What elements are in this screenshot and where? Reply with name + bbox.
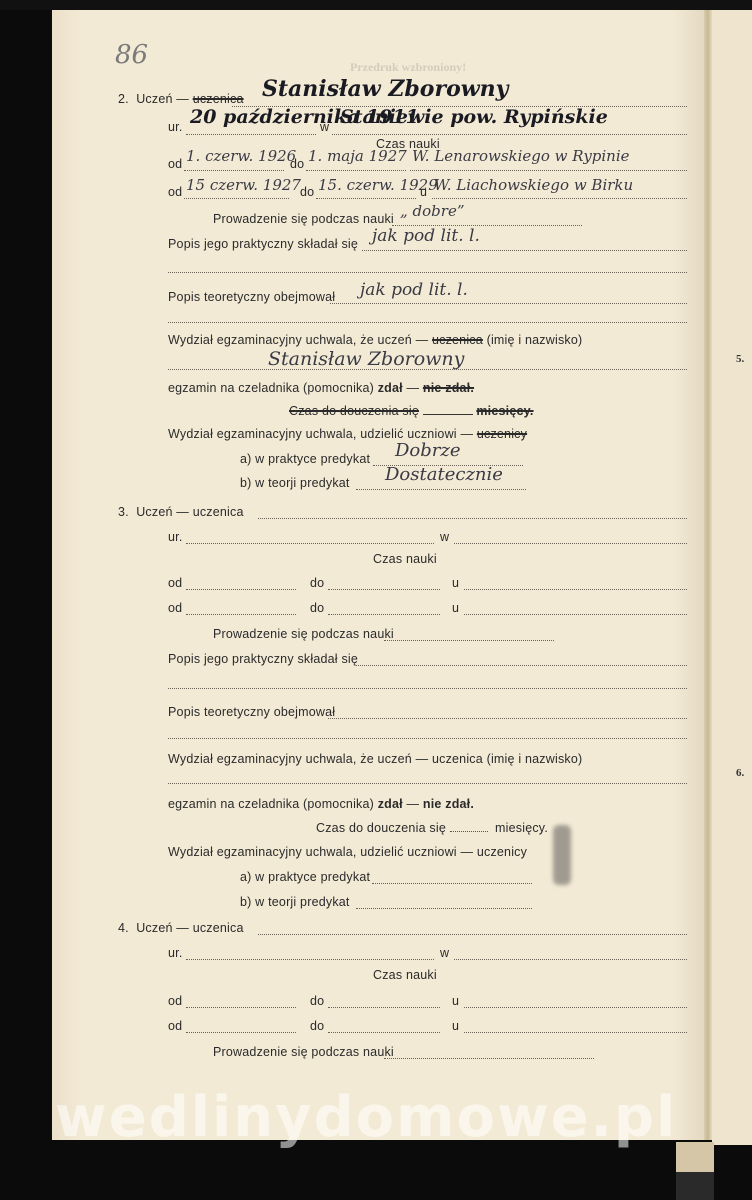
birth-place-label: w xyxy=(440,946,449,960)
from-label: od xyxy=(168,1019,182,1033)
entry-4-label: 4. Uczeń — uczenica xyxy=(118,921,244,935)
adjacent-page xyxy=(712,10,752,1145)
period-1-from: 1. czerw. 1926 xyxy=(186,147,296,165)
birth-label: ur. xyxy=(168,946,183,960)
from-label: od xyxy=(168,994,182,1008)
pencil-page-number: 86 xyxy=(115,40,148,70)
conduct-label: Prowadzenie się podczas nauki xyxy=(213,1045,394,1059)
at-label: u xyxy=(420,185,427,199)
to-label: do xyxy=(300,185,314,199)
to-label: do xyxy=(310,576,324,590)
conduct-label: Prowadzenie się podczas nauki xyxy=(213,212,394,226)
theory-grade-label: b) w teorji predykat xyxy=(240,476,350,490)
at-label: u xyxy=(452,994,459,1008)
from-label: od xyxy=(168,157,182,171)
scan-border-top xyxy=(0,0,752,10)
grade-label: Wydział egzaminacyjny uchwala, udzielić … xyxy=(168,845,527,859)
to-label: do xyxy=(290,157,304,171)
watermark: wedlinydomowe.pl xyxy=(55,1085,677,1150)
section-heading: Czas nauki xyxy=(373,968,437,982)
extra-study-label: Czas do douczenia się miesięcy. xyxy=(289,404,534,418)
exam-status: egzamin na czeladnika (pomocnika) zdał —… xyxy=(168,381,474,395)
entry-2-theory-grade: Dostatecznie xyxy=(385,464,503,485)
entry-2-conduct: „ dobre” xyxy=(400,202,465,220)
entry-2-practice-grade: Dobrze xyxy=(395,440,461,461)
binding-tab xyxy=(676,1142,714,1172)
exam-result-label: Wydział egzaminacyjny uchwala, że uczeń … xyxy=(168,752,582,766)
theoretical-label: Popis teoretyczny obejmował xyxy=(168,705,335,719)
birth-label: ur. xyxy=(168,530,183,544)
entry-2-practical: jak pod lit. l. xyxy=(372,226,480,246)
grade-label: Wydział egzaminacyjny uchwala, udzielić … xyxy=(168,427,527,441)
extra-study-label: Czas do douczenia się miesięcy. xyxy=(316,821,548,835)
entry-2-label: 2. Uczeń — uczenica xyxy=(118,92,244,106)
to-label: do xyxy=(310,601,324,615)
adjacent-page-number: 5. xyxy=(736,353,744,365)
from-label: od xyxy=(168,576,182,590)
adjacent-page-number: 6. xyxy=(736,767,744,779)
practice-grade-label: a) w praktyce predykat xyxy=(240,870,370,884)
at-label: u xyxy=(452,1019,459,1033)
conduct-label: Prowadzenie się podczas nauki xyxy=(213,627,394,641)
at-label: u xyxy=(452,601,459,615)
section-heading: Czas nauki xyxy=(373,552,437,566)
to-label: do xyxy=(310,994,324,1008)
theory-grade-label: b) w teorji predykat xyxy=(240,895,350,909)
birth-label: ur. xyxy=(168,120,183,134)
theoretical-label: Popis teoretyczny obejmował xyxy=(168,290,335,304)
entry-2-theoretical: jak pod lit. l. xyxy=(360,280,468,300)
binding-tab-dark xyxy=(676,1172,714,1200)
period-1-to: 1. maja 1927 xyxy=(308,147,407,165)
period-2-at: W. Liachowskiego w Birku xyxy=(434,176,633,194)
practical-label: Popis jego praktyczny składał się xyxy=(168,237,358,251)
entry-3-label: 3. Uczeń — uczenica xyxy=(118,505,244,519)
entry-2-birth-place: Staniewie pow. Rypińskie xyxy=(340,106,608,128)
practical-label: Popis jego praktyczny składał się xyxy=(168,652,358,666)
exam-status: egzamin na czeladnika (pomocnika) zdał —… xyxy=(168,797,474,811)
page-fold xyxy=(704,10,712,1140)
bleed-through-header: Przedruk wzbroniony! xyxy=(350,60,466,75)
ink-stain xyxy=(553,825,571,885)
at-label: u xyxy=(452,576,459,590)
to-label: do xyxy=(310,1019,324,1033)
from-label: od xyxy=(168,185,182,199)
birth-place-label: w xyxy=(320,120,329,134)
period-1-at: W. Lenarowskiego w Rypinie xyxy=(412,147,630,165)
period-2-from: 15 czerw. 1927 xyxy=(186,176,301,194)
birth-place-label: w xyxy=(440,530,449,544)
exam-result-label: Wydział egzaminacyjny uchwala, że uczeń … xyxy=(168,333,582,347)
practice-grade-label: a) w praktyce predykat xyxy=(240,452,370,466)
from-label: od xyxy=(168,601,182,615)
entry-2-name: Stanisław Zborowny xyxy=(262,76,508,102)
entry-2-exam-name: Stanisław Zborowny xyxy=(268,348,464,370)
